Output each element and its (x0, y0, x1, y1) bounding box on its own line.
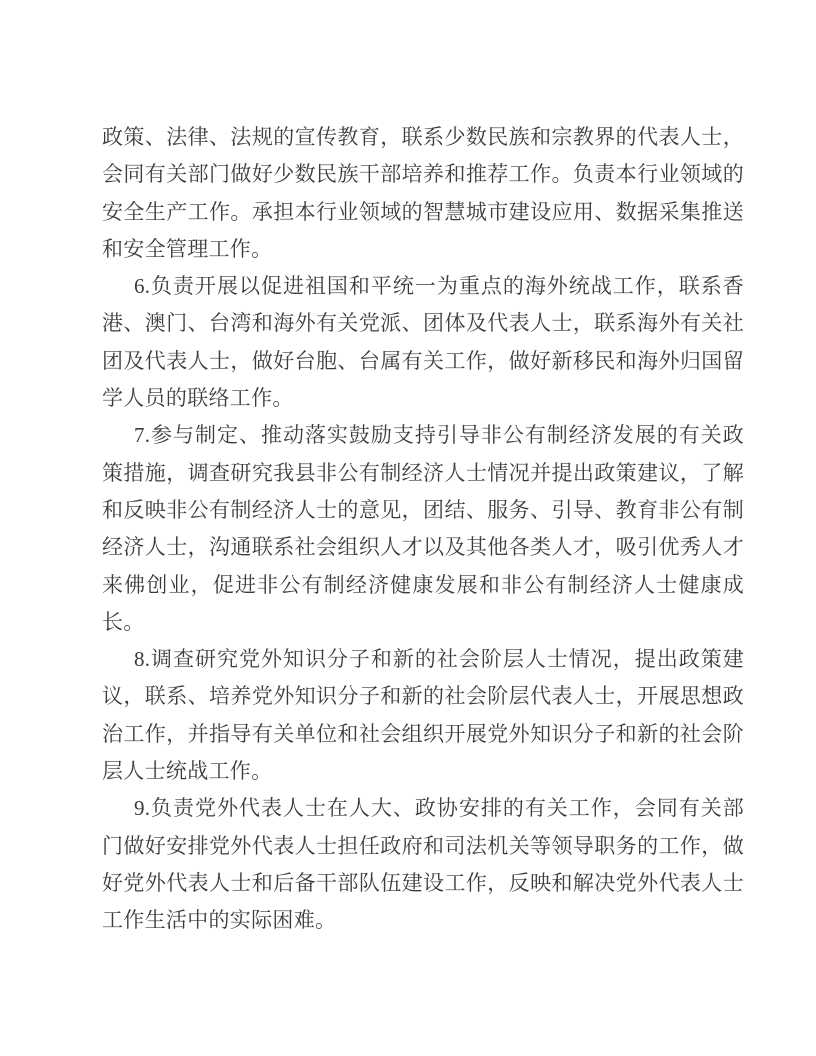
paragraph-continuation: 政策、法律、法规的宣传教育，联系少数民族和宗教界的代表人士，会同有关部门做好少数… (102, 119, 744, 268)
document-page: 政策、法律、法规的宣传教育，联系少数民族和宗教界的代表人士，会同有关部门做好少数… (0, 0, 816, 1056)
paragraph-item-7: 7.参与制定、推动落实鼓励支持引导非公有制经济发展的有关政策措施，调查研究我县非… (102, 417, 744, 641)
paragraph-item-6: 6.负责开展以促进祖国和平统一为重点的海外统战工作，联系香港、澳门、台湾和海外有… (102, 268, 744, 417)
paragraph-item-8: 8.调查研究党外知识分子和新的社会阶层人士情况，提出政策建议，联系、培养党外知识… (102, 641, 744, 790)
text-block: 政策、法律、法规的宣传教育，联系少数民族和宗教界的代表人士，会同有关部门做好少数… (102, 119, 744, 940)
paragraph-item-9: 9.负责党外代表人士在人大、政协安排的有关工作，会同有关部门做好安排党外代表人士… (102, 790, 744, 939)
